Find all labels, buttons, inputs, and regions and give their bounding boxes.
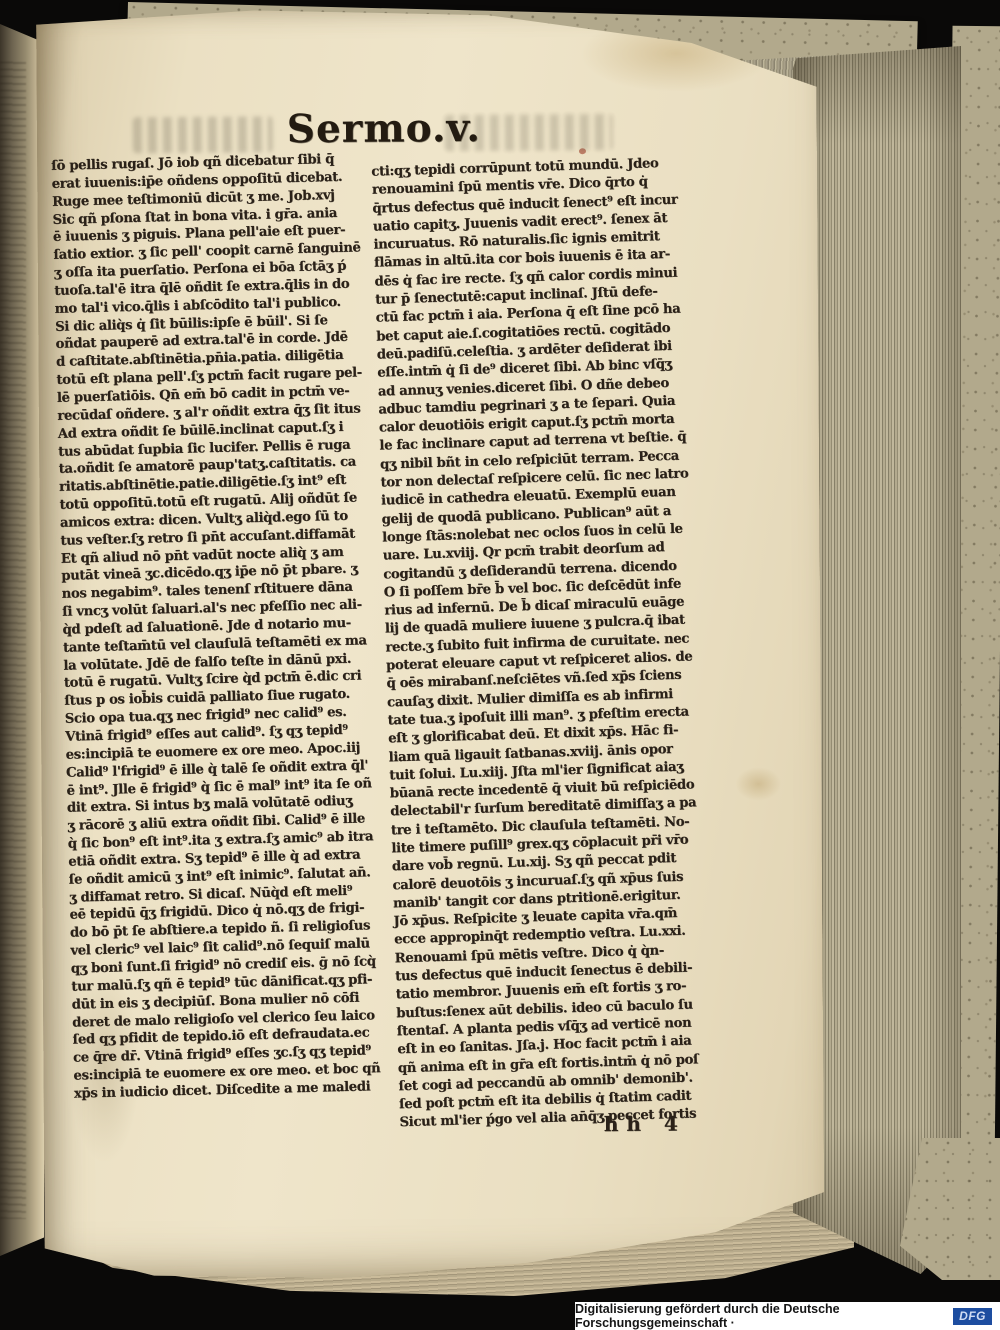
text-column-right: cti:qʒ tepidi corrūpunt totū mundū. Jdeo… (371, 153, 750, 1133)
dfg-logo: DFG (953, 1308, 992, 1325)
bleedthrough-text (133, 116, 273, 153)
quire-signature: hh 4 (604, 1111, 686, 1136)
book-page: Sermo.v. ſō pellis rugaſ. Jō iob qñ dice… (36, 7, 825, 1284)
digitization-credit-bar: Digitalisierung gefördert durch die Deut… (575, 1302, 1000, 1330)
paper-stain (735, 767, 781, 801)
page-title: Sermo.v. (287, 105, 481, 152)
credit-text: Digitalisierung gefördert durch die Deut… (575, 1302, 946, 1330)
facing-page-text-edge (0, 61, 26, 1219)
digitized-book-scan: { "header": { "title": "Sermo.v." }, "pa… (0, 0, 1000, 1330)
scan-canvas: Sermo.v. ſō pellis rugaſ. Jō iob qñ dice… (0, 0, 1000, 1330)
text-column-left: ſō pellis rugaſ. Jō iob qñ dicebatur ſib… (51, 149, 420, 1103)
